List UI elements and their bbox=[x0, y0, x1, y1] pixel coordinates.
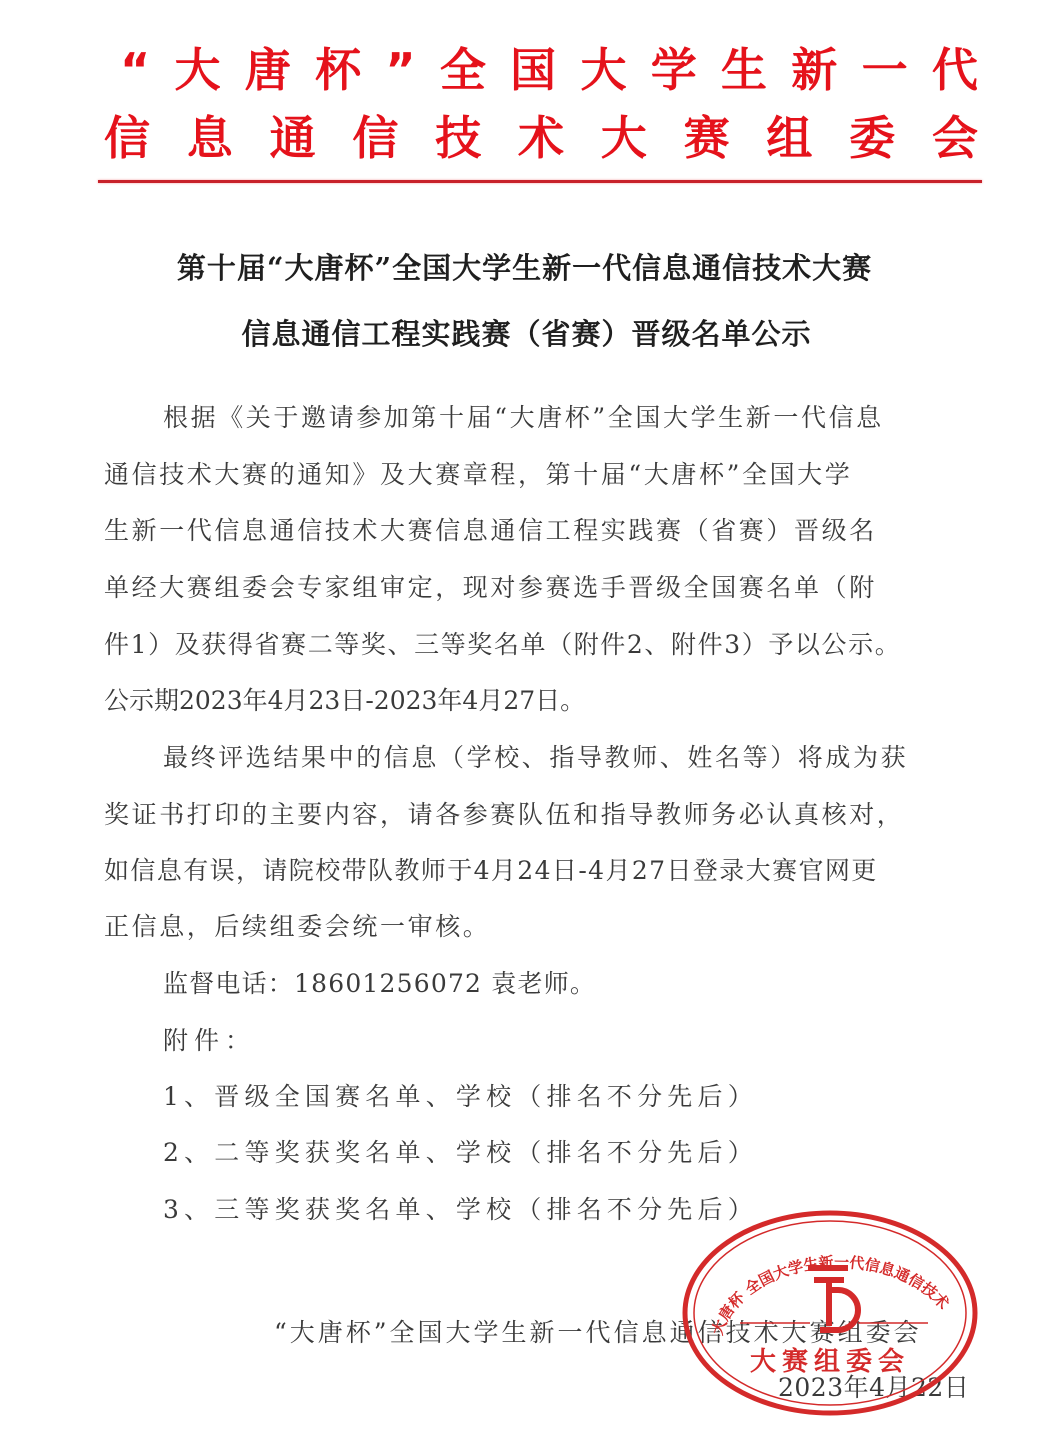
letterhead-char: 委 bbox=[849, 108, 895, 168]
letterhead-line-1: “ 大 唐 杯 ” 全 国 大 学 生 新 一 代 bbox=[98, 40, 988, 100]
letterhead-char: 国 bbox=[510, 40, 556, 100]
letterhead-char: 信 bbox=[352, 108, 398, 168]
letterhead-char: 会 bbox=[932, 108, 978, 168]
paragraph-1-line: 生新一代信息通信技术大赛信息通信工程实践赛（省赛）晋级名 bbox=[104, 516, 877, 546]
letterhead-char: 组 bbox=[766, 108, 812, 168]
letterhead-char: ” bbox=[385, 40, 415, 100]
letterhead-char: 信 bbox=[104, 108, 150, 168]
letterhead-char: 学 bbox=[651, 40, 697, 100]
paragraph-2-line: 奖证书打印的主要内容，请各参赛队伍和指导教师务必认真核对， bbox=[104, 800, 904, 830]
paragraph-1-line: 根据《关于邀请参加第十届“大唐杯”全国大学生新一代信息 bbox=[163, 403, 884, 433]
letterhead-char: 全 bbox=[440, 40, 486, 100]
paragraph-2-line: 如信息有误，请院校带队教师于4月24日-4月27日登录大赛官网更 bbox=[104, 856, 878, 886]
letterhead-char: 大 bbox=[175, 40, 221, 100]
attachment-item-2: 2、二等奖获奖名单、学校（排名不分先后） bbox=[163, 1138, 758, 1168]
attachment-item-3: 3、三等奖获奖名单、学校（排名不分先后） bbox=[163, 1195, 758, 1225]
paragraph-2-line: 正信息，后续组委会统一审核。 bbox=[104, 912, 490, 942]
letterhead-char: 通 bbox=[270, 108, 316, 168]
letterhead-char: 一 bbox=[862, 40, 908, 100]
attachments-label: 附件： bbox=[163, 1026, 256, 1056]
paragraph-1-line: 通信技术大赛的通知》及大赛章程，第十届“大唐杯”全国大学 bbox=[104, 460, 852, 490]
letterhead-char: 大 bbox=[601, 108, 647, 168]
letterhead-line-2: 信 息 通 信 技 术 大 赛 组 委 会 bbox=[98, 108, 988, 168]
signature-organization: “大唐杯”全国大学生新一代信息通信技术大赛组委会 bbox=[274, 1313, 922, 1349]
paragraph-1-line: 单经大赛组委会专家组审定，现对参赛选手晋级全国赛名单（附 bbox=[104, 573, 877, 603]
letterhead: “ 大 唐 杯 ” 全 国 大 学 生 新 一 代 信 息 通 信 技 术 大 … bbox=[98, 40, 988, 168]
paragraph-1-line: 件1）及获得省赛二等奖、三等奖名单（附件2、附件3）予以公示。 bbox=[104, 630, 901, 660]
attachment-item-1: 1、晋级全国赛名单、学校（排名不分先后） bbox=[163, 1082, 758, 1112]
document-title-line-2: 信息通信工程实践赛（省赛）晋级名单公示 bbox=[0, 312, 1053, 353]
letterhead-char: 息 bbox=[187, 108, 233, 168]
letterhead-char: 技 bbox=[435, 108, 481, 168]
letterhead-char: 大 bbox=[580, 40, 626, 100]
letterhead-char: 代 bbox=[932, 40, 978, 100]
paragraph-2-line: 最终评选结果中的信息（学校、指导教师、姓名等）将成为获 bbox=[163, 743, 908, 773]
letterhead-char: 赛 bbox=[684, 108, 730, 168]
letterhead-char: 杯 bbox=[315, 40, 361, 100]
document-title-line-1: 第十届“大唐杯”全国大学生新一代信息通信技术大赛 bbox=[0, 246, 1051, 287]
letterhead-char: “ bbox=[120, 40, 150, 100]
letterhead-char: 唐 bbox=[245, 40, 291, 100]
letterhead-char: 新 bbox=[791, 40, 837, 100]
paragraph-1-line: 公示期2023年4月23日-2023年4月27日。 bbox=[104, 686, 585, 716]
letterhead-char: 生 bbox=[721, 40, 767, 100]
letterhead-char: 术 bbox=[518, 108, 564, 168]
signature-date: 2023年4月22日 bbox=[778, 1368, 969, 1404]
supervision-phone: 监督电话：18601256072 袁老师。 bbox=[163, 969, 596, 999]
letterhead-divider bbox=[98, 180, 982, 183]
